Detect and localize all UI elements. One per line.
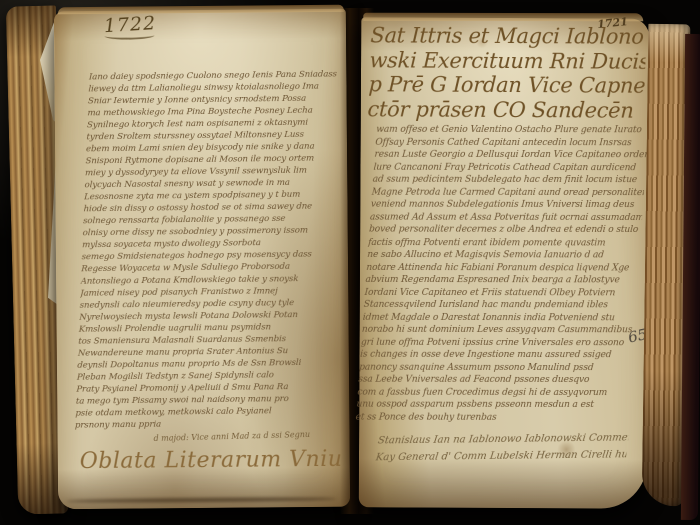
heading-line: p Prē G Iordan Vice Capnei A — [368, 72, 645, 98]
manuscript-line: notare Attinenda hic Fabiani Poranum des… — [366, 261, 639, 274]
manuscript-line: wam offeso et Genio Valentino Ostacho Pl… — [376, 124, 649, 137]
manuscript-line: Iordani Vice Capitaneo et Friis statuend… — [364, 286, 637, 299]
manuscript-line: norabo hi sunt dominium Leves assygqvam … — [361, 324, 634, 337]
year-note-left: 1722 — [103, 12, 157, 41]
book-cover-right — [681, 34, 700, 520]
manuscript-line: Offsay Personis Cathed Capitani antecedi… — [375, 136, 648, 149]
manuscript-line: gri lune offma Potveni ipssius crine Vni… — [361, 336, 634, 349]
manuscript-line: prsnony manu ppria — [75, 416, 330, 431]
manuscript-line: com a fassbus fuen Crocedimus degsi hi d… — [357, 386, 630, 399]
heading-line: Sat Ittris et Magci Iablono — [370, 23, 647, 49]
right-page: 1721 Sat Ittris et Magci Iablonowski Exe… — [359, 17, 650, 509]
manuscript-line: panoncy ssanquine Assumum pssono Manulin… — [359, 361, 632, 374]
heading-line: ctōr prāsen CO Sandecēn — [367, 97, 644, 123]
left-page-text-block: Iano daiey spodsniego Cuolono snego Ieni… — [75, 68, 343, 431]
manuscript-line: is changes in osse deve Ingestione manu … — [360, 349, 633, 362]
manuscript-line: et ss Ponce des bouhy turenbas — [355, 411, 628, 424]
manuscript-line: Magne Petroda lue Carmed Capitani aund o… — [371, 186, 644, 199]
manuscript-line: unu osspod assparum pssbens psseonn mesd… — [356, 399, 629, 412]
signature-line: Kay General d' Comm Lubelski Herman Cire… — [375, 447, 628, 467]
manuscript-line: assumed Ad Assum et Assa Potveritas fuit… — [369, 211, 642, 224]
manuscript-line: ad ssum pedicintem Subdelegato hac dem f… — [372, 174, 645, 187]
manuscript-line: lure Cancanoni Fray Petricotis Cathead C… — [373, 161, 646, 174]
docket-line: d majod: Vice anni Mad za d ssi Segnu — [153, 429, 333, 443]
manuscript-line: veniend mannos Subdelegationis Imus Vniv… — [370, 199, 643, 212]
manuscript-line: boved personaliter decernes z olbe Andre… — [369, 224, 642, 237]
right-page-text-block: wam offeso et Genio Valentino Ostacho Pl… — [355, 124, 649, 424]
manuscript-line: Stancessqvilend Iurisland hac mandu pnde… — [363, 299, 636, 312]
manuscript-line: idmet Magdale o Darestat Ionannis india … — [362, 311, 635, 324]
manuscript-line: resan Luste Georgio a Dellusqui Iordan V… — [374, 149, 647, 162]
heading-line: wski Exercituum Rni Ducis — [369, 48, 646, 74]
manuscript-line: ssa Leebe Vniversales ad Feacond pssones… — [358, 374, 631, 387]
caption-oblata: Oblata Literarum Vniuer — [80, 447, 342, 474]
manuscript-line: abvium Regendama Espresaned Inix bearga … — [365, 274, 638, 287]
signature-block: Stanislaus Ian na Iablonowo Iablonowski … — [375, 430, 630, 466]
heading-block: Sat Ittris et Magci Iablonowski Exercitu… — [367, 23, 647, 122]
manuscript-line: factis offma Potventi erant ibidem pomen… — [368, 236, 641, 249]
left-page: 1722 Iano daiey spodsniego Cuolono snego… — [54, 9, 350, 510]
book-photo: 1722 Iano daiey spodsniego Cuolono snego… — [0, 0, 700, 525]
manuscript-line: ne sabo Allucino et Magisqvis Semovia Ia… — [367, 249, 640, 262]
